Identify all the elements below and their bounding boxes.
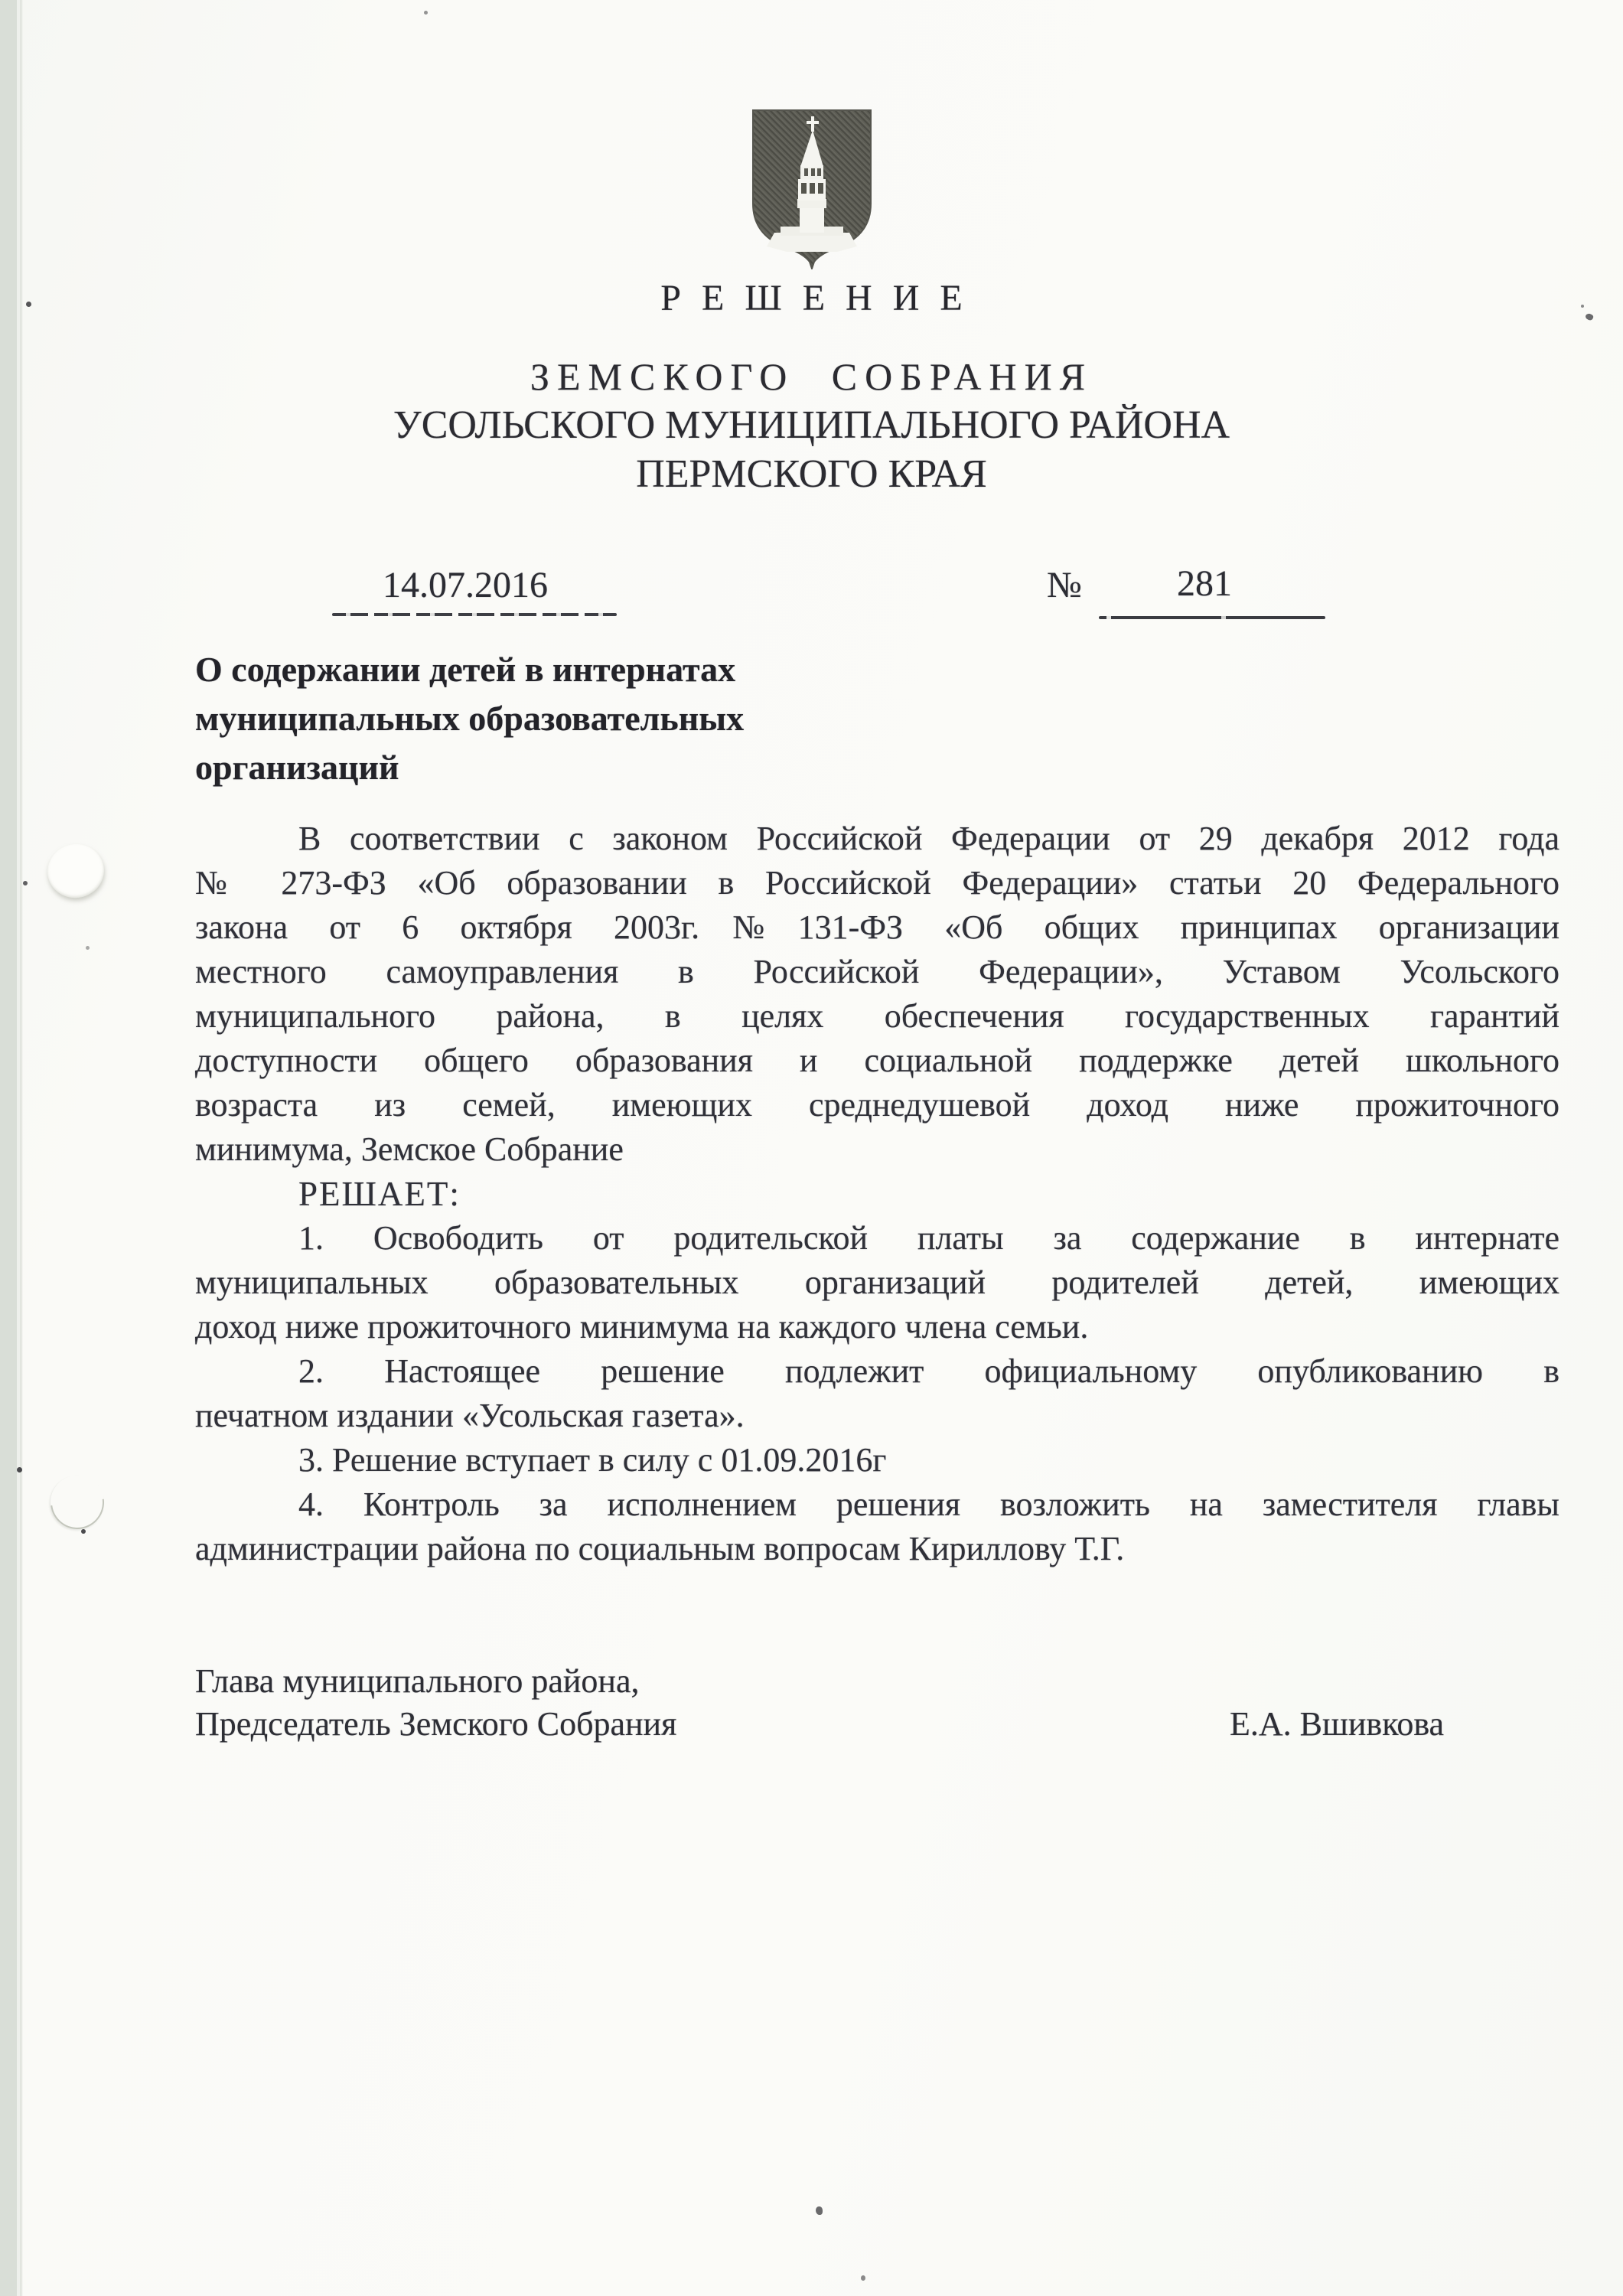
decree-item-1: 1. Освободить от родительской платы за с…: [195, 1216, 1559, 1349]
document-header: РЕШЕНИЕ ЗЕМСКОГО СОБРАНИЯ УСОЛЬСКОГО МУН…: [0, 0, 1623, 497]
scan-speck: [1581, 305, 1584, 308]
decree-item-2: 2. Настоящее решение подлежит официально…: [195, 1349, 1559, 1438]
scan-speck: [26, 302, 31, 307]
decree-item-3: 3. Решение вступает в силу с 01.09.2016г: [195, 1438, 1559, 1482]
subject-line: О содержании детей в интернатах: [195, 645, 1559, 694]
intro-paragraph: В соответствии с законом Российской Феде…: [195, 817, 1559, 1172]
scanned-document-page: РЕШЕНИЕ ЗЕМСКОГО СОБРАНИЯ УСОЛЬСКОГО МУН…: [0, 0, 1623, 2296]
signer-title-row: Председатель Земского Собрания Е.А. Вшив…: [195, 1703, 1559, 1746]
scan-edge-shadow: [0, 0, 23, 2296]
document-type-title: РЕШЕНИЕ: [0, 276, 1623, 321]
date-number-row: 14.07.2016 № 281: [0, 558, 1623, 631]
punch-hole-bottom: [40, 1465, 115, 1540]
signer-title-line: Председатель Земского Собрания: [195, 1705, 676, 1743]
body-line: муниципальных образовательных организаци…: [195, 1261, 1559, 1305]
org-name-line-3: ПЕРМСКОГО КРАЯ: [0, 452, 1623, 497]
body-line: доступности общего образования и социаль…: [195, 1039, 1559, 1083]
subject-line: муниципальных образовательных: [195, 694, 1559, 743]
date-underline: [332, 613, 617, 616]
body-line: 2. Настоящее решение подлежит официально…: [195, 1349, 1559, 1394]
body-line: муниципального района, в целях обеспечен…: [195, 994, 1559, 1039]
decree-item-4: 4. Контроль за исполнением решения возло…: [195, 1482, 1559, 1571]
body-line: возраста из семей, имеющих среднедушевой…: [195, 1083, 1559, 1127]
number-underline: [1099, 616, 1325, 619]
scan-speck: [424, 11, 428, 15]
resolves-label: РЕШАЕТ:: [195, 1172, 1559, 1216]
number-sign: №: [1047, 564, 1082, 606]
signer-title-line: Глава муниципального района,: [195, 1660, 1559, 1703]
scan-speck: [861, 2275, 865, 2281]
body-line: минимума, Земское Собрание: [195, 1127, 1559, 1172]
body-line: местного самоуправления в Российской Фед…: [195, 950, 1559, 994]
scan-speck: [86, 946, 90, 950]
body-line: печатном издании «Усольская газета».: [195, 1394, 1559, 1438]
signer-name: Е.А. Вшивкова: [1230, 1703, 1444, 1746]
punch-hole-top: [43, 839, 109, 903]
document-date: 14.07.2016: [383, 564, 548, 606]
scan-speck: [23, 881, 28, 885]
body-line: 4. Контроль за исполнением решения возло…: [195, 1482, 1559, 1527]
scan-speck: [17, 1467, 22, 1473]
body-line: 3. Решение вступает в силу с 01.09.2016г: [195, 1438, 1559, 1482]
document-number: 281: [1177, 563, 1232, 605]
subject-line: организаций: [195, 743, 1559, 792]
body-line: закона от 6 октября 2003г.№131-ФЗ «Об об…: [195, 905, 1559, 950]
org-name-line-2: УСОЛЬСКОГО МУНИЦИПАЛЬНОГО РАЙОНА: [0, 403, 1623, 448]
org-name-line-1: ЗЕМСКОГО СОБРАНИЯ: [0, 354, 1623, 399]
body-line: администрации района по социальным вопро…: [195, 1527, 1559, 1571]
scan-speck: [816, 2206, 823, 2215]
body-line: В соответствии с законом Российской Феде…: [195, 817, 1559, 861]
signature-block: Глава муниципального района, Председател…: [195, 1660, 1559, 1746]
scan-speck: [81, 1529, 86, 1534]
document-body: О содержании детей в интернатах муниципа…: [195, 645, 1559, 1746]
coat-of-arms-icon: [747, 106, 877, 269]
body-line: 1. Освободить от родительской платы за с…: [195, 1216, 1559, 1261]
body-line: № 273-ФЗ «Об образовании в Российской Фе…: [195, 861, 1559, 905]
document-subject: О содержании детей в интернатах муниципа…: [195, 645, 1559, 792]
body-line: доход ниже прожиточного минимума на кажд…: [195, 1305, 1559, 1349]
